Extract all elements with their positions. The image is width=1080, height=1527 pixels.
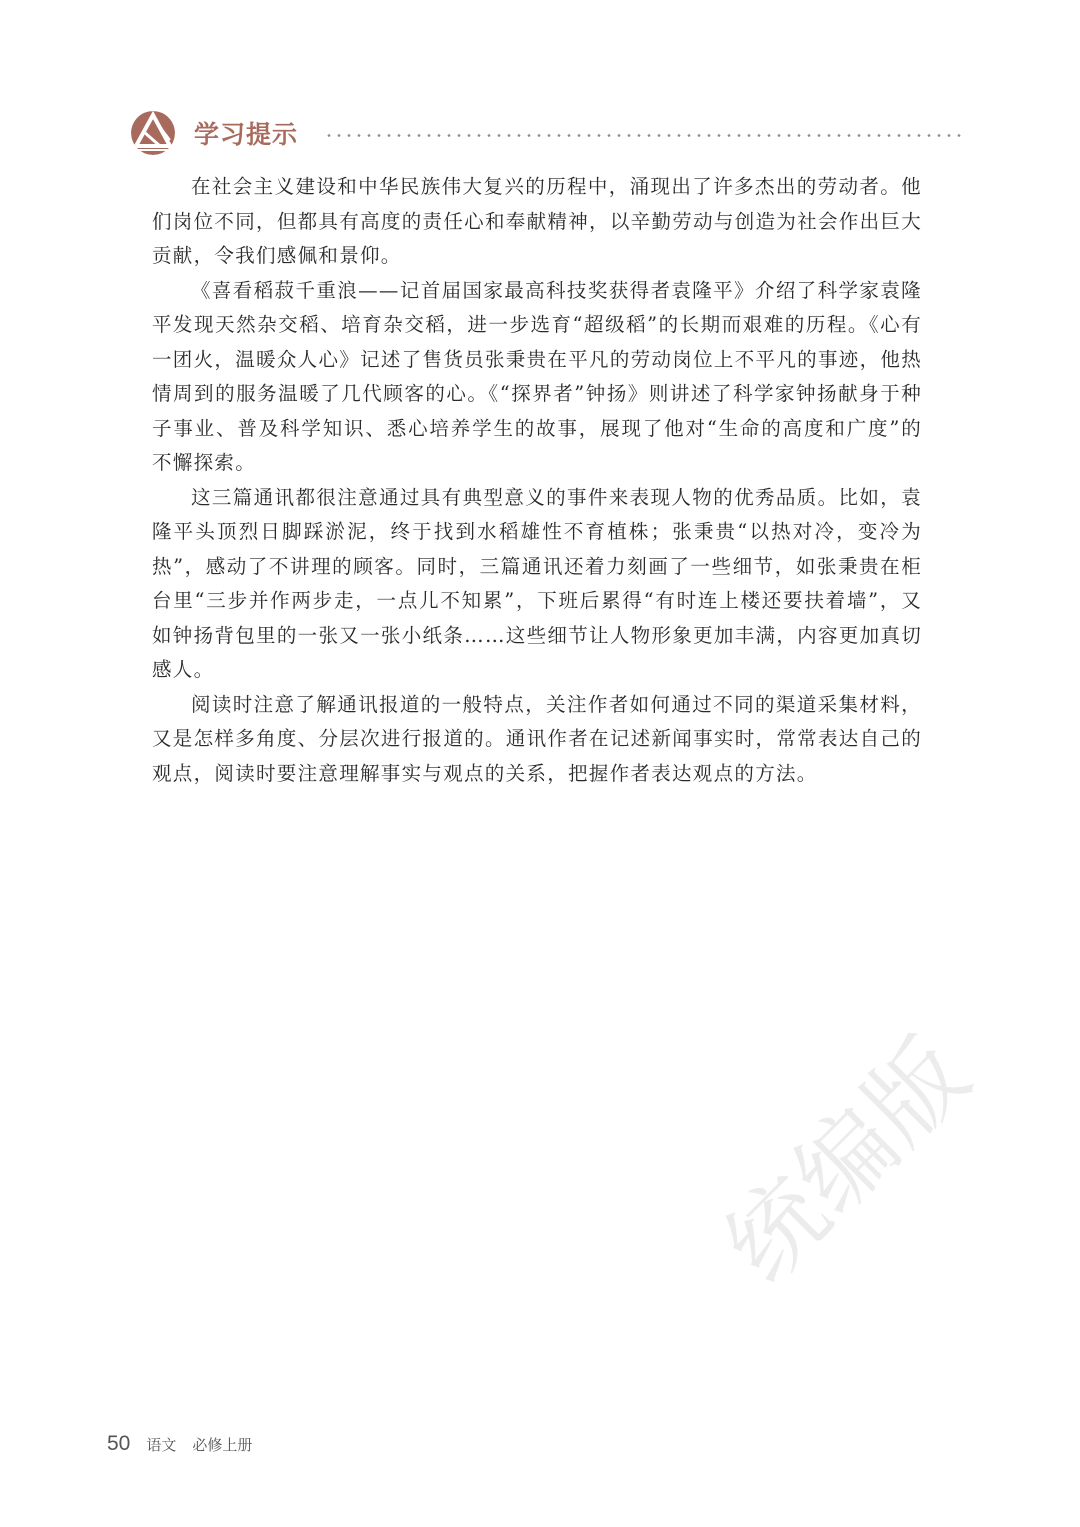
page-footer: 50 语文 必修上册	[107, 1432, 252, 1456]
paragraph-intro: 在社会主义建设和中华民族伟大复兴的历程中，涌现出了许多杰出的劳动者。他们岗位不同…	[152, 170, 922, 274]
paragraph-reading-guidance: 阅读时注意了解通讯报道的一般特点，关注作者如何通过不同的渠道采集材料，又是怎样多…	[152, 688, 922, 792]
footer-subject: 语文	[146, 1434, 176, 1455]
section-header: 学习提示	[130, 108, 962, 158]
footer-volume: 必修上册	[192, 1434, 252, 1455]
paragraph-articles-summary: 《喜看稻菽千重浪——记首届国家最高科技奖获得者袁隆平》介绍了科学家袁隆平发现天然…	[152, 274, 922, 481]
edition-watermark: 统编版	[690, 1002, 995, 1307]
dotted-divider	[324, 134, 962, 137]
page-number: 50	[107, 1432, 130, 1456]
paragraph-details-analysis: 这三篇通讯都很注意通过具有典型意义的事件来表现人物的优秀品质。比如，袁隆平头顶烈…	[152, 481, 922, 688]
study-tips-body: 在社会主义建设和中华民族伟大复兴的历程中，涌现出了许多杰出的劳动者。他们岗位不同…	[152, 170, 922, 791]
section-title: 学习提示	[194, 115, 298, 151]
study-tips-logo-icon	[130, 110, 176, 156]
